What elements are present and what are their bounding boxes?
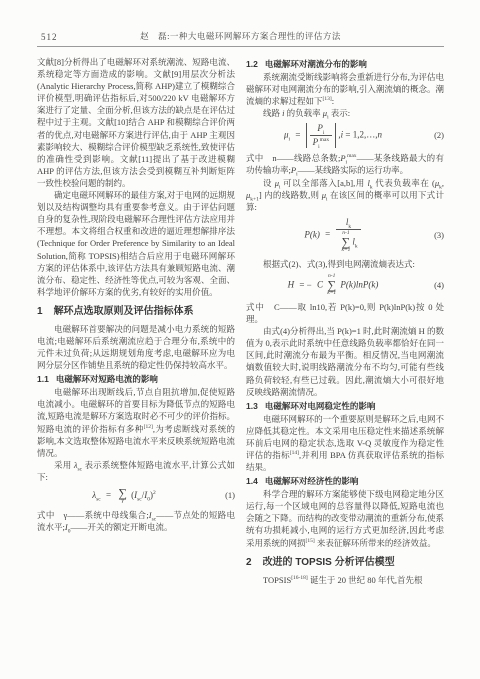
intro-paragraph-2: 确定电磁环网解环的最佳方案,对于电网的远期规划以及结构调整均具有重要参考意义。由… — [37, 189, 235, 298]
equation-number: (4) — [420, 280, 444, 291]
right-column: 1.2电磁解环对潮流分布的影响 系统潮流受断线影响将会重新进行分布,为评估电磁解… — [246, 56, 444, 586]
entropy-intro-paragraph: 根据式(2)、式(3),得到电网潮流熵表达式: — [246, 258, 444, 270]
page-number: 512 — [41, 32, 111, 42]
reference-superscript: [16-18] — [291, 575, 308, 581]
sum-operator: n-1∑k=1 — [327, 274, 336, 297]
absolute-value-bars: PiPimax — [306, 123, 337, 148]
subsection-1-2-paragraph: 系统潮流受断线影响将会重新进行分布,为评估电磁解环对电网潮流分布的影响,引入潮流… — [246, 71, 444, 107]
reference-superscript: [12] — [144, 424, 153, 430]
section-2-paragraph: TOPSIS[16-18] 诞生于 20 世纪 80 年代,首先根 — [246, 574, 444, 586]
entropy-analysis-paragraph: 由式(4)分析得出,当 P(k)=1 时,此时潮流熵 H 的数值为 0,表示此时… — [246, 325, 444, 398]
equation-4-body: H = − C n-1∑k=1 P(k)lnP(k) — [246, 274, 420, 297]
page-header: 512 赵 磊:一种大电磁环网解环方案合理性的评估方法 — [37, 30, 444, 47]
equation-4-legend: 式中 C——取 ln10,若 P(k)=0,则 P(k)lnP(k)按 0 处理… — [246, 301, 444, 325]
equation-3-body: P(k) = lkn-1∑k=1lk — [246, 217, 420, 254]
subsection-1-1-paragraph: 电磁解环出现断线后,节点自阻抗增加,促使短路电流减小。电磁解环的首要目标为降低节… — [37, 386, 235, 459]
subsection-1-4-heading: 1.4电磁解环对经济性的影响 — [246, 475, 444, 487]
equation-1: λsc = ∑γ (Isc/I0)2 (1) — [37, 487, 235, 505]
equation-1-body: λsc = ∑γ (Isc/I0)2 — [37, 487, 211, 505]
section-2-heading: 2改进的 TOPSIS 分析评估模型 — [246, 556, 444, 569]
reference-superscript: [14] — [290, 450, 299, 456]
section-1-heading: 1解环点选取原则及评估指标体系 — [37, 305, 235, 318]
equation-2: μi = PiPimax ,i = 1,2,…,n (2) — [246, 123, 444, 148]
equation-3: P(k) = lkn-1∑k=1lk (3) — [246, 217, 444, 254]
equation-2-legend: 式中 n——线路总条数;Pimax——某条线路最大的有功传输功率;Pi——某线路… — [246, 152, 444, 176]
load-rate-paragraph: 线路 i 的负载率 μi 表示: — [246, 107, 444, 119]
sum-operator: n-1∑k=1 — [341, 231, 350, 254]
equation-2-body: μi = PiPimax ,i = 1,2,…,n — [246, 123, 420, 148]
equation-number: (3) — [420, 230, 444, 241]
reference-superscript: [13] — [323, 96, 332, 102]
subsection-1-1-heading: 1.1电磁解环对短路电流的影响 — [37, 373, 235, 385]
reference-superscript: [15] — [306, 538, 315, 544]
equation-1-legend: 式中 γ——系统中母线集合;Isc——节点处的短路电流水平;I0——开关的额定开… — [37, 509, 235, 533]
subsection-1-4-paragraph: 科学合理的解环方案能够使下级电网稳定地分区运行,每一个区域电网的总容量得以降低,… — [246, 488, 444, 548]
running-title: 赵 磊:一种大电磁环网解环方案合理性的评估方法 — [111, 30, 370, 42]
subsection-1-3-heading: 1.3电磁解环对电网稳定性的影响 — [246, 400, 444, 412]
equation-number: (2) — [420, 130, 444, 141]
section-1-paragraph: 电磁解环首要解决的问题是减小电力系统的短路电流;电磁解环后系统潮流应趋于合理分布… — [37, 323, 235, 371]
left-column: 文献[8]分析得出了电磁解环对系统潮流、短路电流、系统稳定等方面造成的影响。文献… — [37, 56, 235, 586]
two-column-body: 文献[8]分析得出了电磁解环对系统潮流、短路电流、系统稳定等方面造成的影响。文献… — [37, 56, 444, 586]
probability-paragraph: 设 μi 可以全部落入[a,b],用 lk 代表负载率在 (μk, μk+1] … — [246, 177, 444, 213]
equation-number: (1) — [211, 490, 235, 501]
sum-operator: ∑γ — [118, 487, 127, 505]
intro-paragraph-1: 文献[8]分析得出了电磁解环对系统潮流、短路电流、系统稳定等方面造成的影响。文献… — [37, 56, 235, 189]
subsection-1-3-paragraph: 电磁环网解环的一个重要原则是解环之后,电网不应降低其稳定性。本文采用电压稳定性来… — [246, 413, 444, 473]
subsection-1-2-heading: 1.2电磁解环对潮流分布的影响 — [246, 58, 444, 70]
lambda-definition-paragraph: 采用 λsc 表示系统整体短路电流水平,计算公式如下: — [37, 459, 235, 483]
paper-page: 512 赵 磊:一种大电磁环网解环方案合理性的评估方法 文献[8]分析得出了电磁… — [0, 0, 480, 679]
equation-4: H = − C n-1∑k=1 P(k)lnP(k) (4) — [246, 274, 444, 297]
